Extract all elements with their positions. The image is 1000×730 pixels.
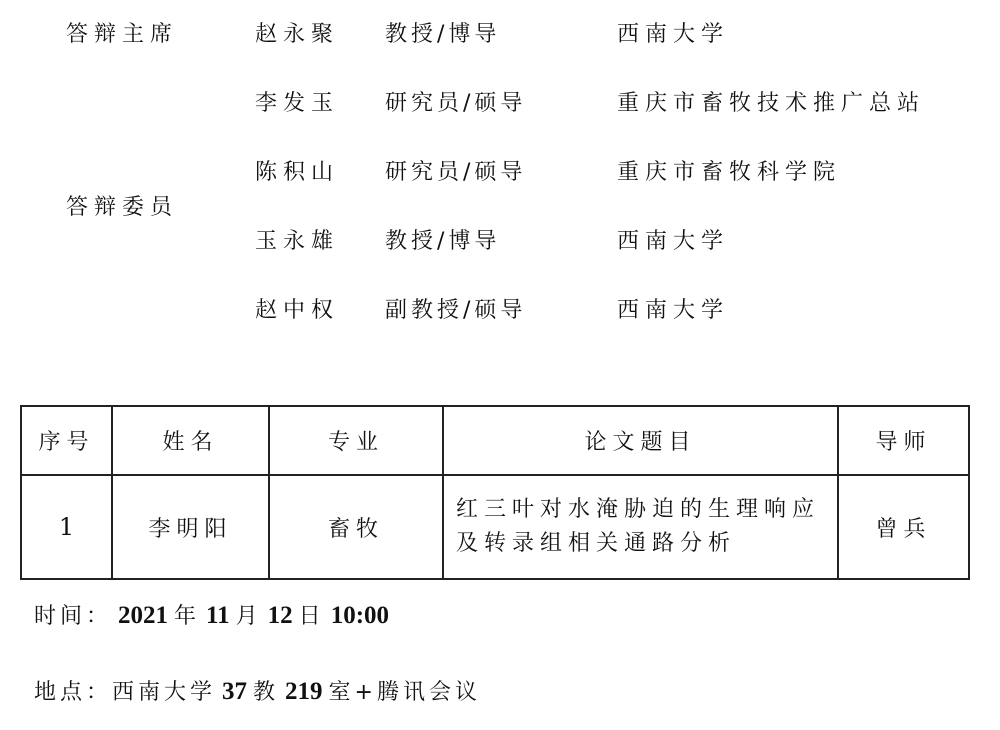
cell-thesis-title: 红三叶对水淹胁迫的生理响应 及转录组相关通路分析	[443, 475, 838, 579]
chair-name: 赵永聚	[255, 24, 339, 46]
member-name: 赵中权	[255, 300, 339, 322]
cell-advisor: 曾兵	[838, 475, 969, 579]
time-year: 2021	[118, 602, 168, 629]
member-org: 重庆市畜牧科学院	[617, 162, 841, 184]
member-title: 研究员/硕导	[385, 93, 526, 115]
members-role-label: 答辩委员	[66, 197, 178, 219]
defense-place: 地点：西南大学37教219室+腾讯会议	[34, 679, 481, 704]
time-year-unit: 年	[174, 604, 200, 629]
member-org: 西南大学	[617, 231, 729, 253]
cell-student-name: 李明阳	[112, 475, 269, 579]
chair-role-label: 答辩主席	[66, 24, 178, 46]
time-month-unit: 月	[236, 604, 262, 629]
member-title: 教授/博导	[385, 231, 500, 253]
defense-table: 序号 姓名 专业 论文题目 导师 1 李明阳 畜牧 红三叶对水淹胁迫的生理响应 …	[20, 405, 970, 580]
member-name: 玉永雄	[255, 231, 339, 253]
place-label: 地点：	[34, 680, 112, 705]
place-prefix: 西南大学	[112, 680, 216, 705]
member-title: 研究员/硕导	[385, 162, 526, 184]
chair-title: 教授/博导	[385, 24, 500, 46]
member-org: 西南大学	[617, 300, 729, 322]
member-org: 重庆市畜牧技术推广总站	[617, 93, 925, 115]
header-advisor: 导师	[838, 406, 969, 475]
cell-seq: 1	[21, 475, 112, 579]
thesis-title-line-2: 及转录组相关通路分析	[456, 527, 837, 561]
header-thesis: 论文题目	[443, 406, 838, 475]
place-building: 37	[222, 678, 247, 705]
header-seq: 序号	[21, 406, 112, 475]
place-room: 219	[285, 678, 323, 705]
time-label: 时间：	[34, 604, 112, 629]
thesis-title-line-1: 红三叶对水淹胁迫的生理响应	[456, 493, 837, 527]
header-major: 专业	[269, 406, 443, 475]
table-header-row: 序号 姓名 专业 论文题目 导师	[21, 406, 969, 475]
time-clock: 10:00	[331, 602, 389, 629]
member-title: 副教授/硕导	[385, 300, 526, 322]
time-day-unit: 日	[299, 604, 325, 629]
place-building-unit: 教	[253, 680, 279, 705]
defense-time: 时间：2021年11月12日10:00	[34, 603, 395, 628]
member-name: 李发玉	[255, 93, 339, 115]
cell-major: 畜牧	[269, 475, 443, 579]
place-room-suffix: 室+腾讯会议	[329, 680, 481, 705]
member-name: 陈积山	[255, 162, 339, 184]
time-day: 12	[268, 602, 293, 629]
table-row: 1 李明阳 畜牧 红三叶对水淹胁迫的生理响应 及转录组相关通路分析 曾兵	[21, 475, 969, 579]
time-month: 11	[206, 602, 230, 629]
header-name: 姓名	[112, 406, 269, 475]
chair-org: 西南大学	[617, 24, 729, 46]
